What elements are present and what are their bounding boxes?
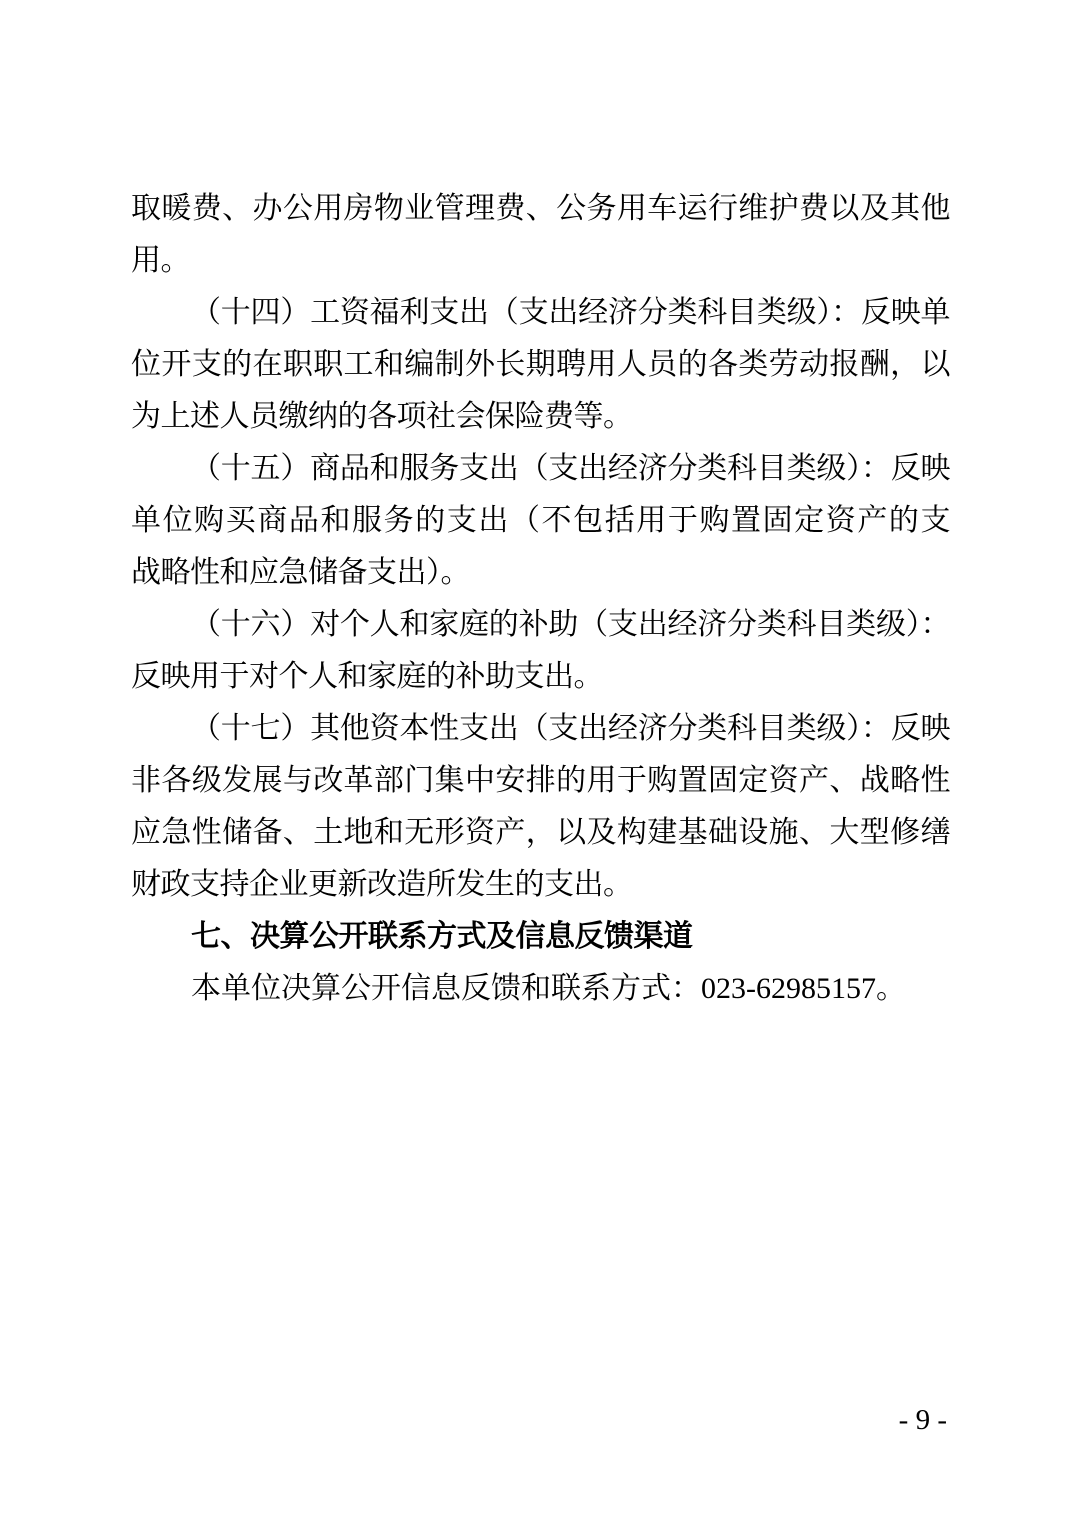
text-line: 单位购买商品和服务的支出（不包括用于购置固定资产的支出、	[131, 495, 950, 547]
text-line: 用。	[131, 235, 950, 287]
text-line: 战略性和应急储备支出）。	[131, 547, 950, 599]
paragraph: （十五）商品和服务支出（支出经济分类科目类级）：反映 单位购买商品和服务的支出（…	[131, 443, 950, 599]
text-line: （十四）工资福利支出（支出经济分类科目类级）：反映单	[131, 287, 950, 339]
paragraph: 本单位决算公开信息反馈和联系方式：023-62985157。	[131, 963, 950, 1015]
section-heading-text: 七、决算公开联系方式及信息反馈渠道	[131, 911, 950, 963]
page-body-text: 取暖费、办公用房物业管理费、公务用车运行维护费以及其他费 用。 （十四）工资福利…	[131, 183, 950, 1015]
paragraph: （十四）工资福利支出（支出经济分类科目类级）：反映单 位开支的在职职工和编制外长…	[131, 287, 950, 443]
text-line: （十六）对个人和家庭的补助（支出经济分类科目类级）：	[131, 599, 950, 651]
text-line: 反映用于对个人和家庭的补助支出。	[131, 651, 950, 703]
section-heading: 七、决算公开联系方式及信息反馈渠道	[131, 911, 950, 963]
text-line: 为上述人员缴纳的各项社会保险费等。	[131, 391, 950, 443]
document-page: 取暖费、办公用房物业管理费、公务用车运行维护费以及其他费 用。 （十四）工资福利…	[0, 0, 1075, 1520]
text-line: 取暖费、办公用房物业管理费、公务用车运行维护费以及其他费	[131, 183, 950, 235]
page-number: - 9 -	[899, 1403, 947, 1437]
paragraph: （十六）对个人和家庭的补助（支出经济分类科目类级）： 反映用于对个人和家庭的补助…	[131, 599, 950, 703]
text-line: 位开支的在职职工和编制外长期聘用人员的各类劳动报酬，以及	[131, 339, 950, 391]
paragraph: 取暖费、办公用房物业管理费、公务用车运行维护费以及其他费 用。	[131, 183, 950, 287]
text-line: 非各级发展与改革部门集中安排的用于购置固定资产、战略性和	[131, 755, 950, 807]
paragraph: （十七）其他资本性支出（支出经济分类科目类级）：反映 非各级发展与改革部门集中安…	[131, 703, 950, 911]
contact-line: 本单位决算公开信息反馈和联系方式：023-62985157。	[131, 963, 950, 1015]
text-line: （十七）其他资本性支出（支出经济分类科目类级）：反映	[131, 703, 950, 755]
text-line: 应急性储备、土地和无形资产，以及构建基础设施、大型修缮和	[131, 807, 950, 859]
text-line: （十五）商品和服务支出（支出经济分类科目类级）：反映	[131, 443, 950, 495]
text-line: 财政支持企业更新改造所发生的支出。	[131, 859, 950, 911]
